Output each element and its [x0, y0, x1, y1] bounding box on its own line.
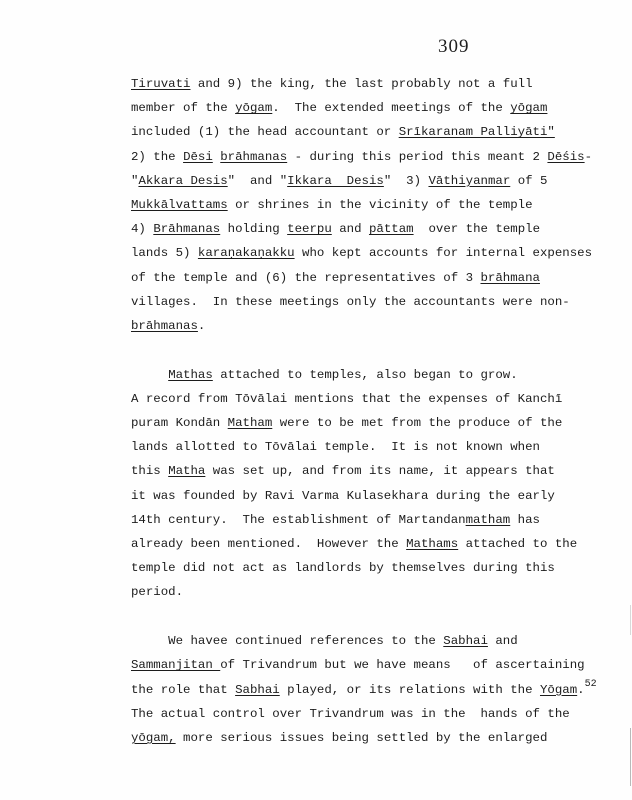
underlined-term: Sammanjitan: [131, 658, 220, 672]
underlined-term: teerpu: [287, 222, 332, 236]
text-run: this: [131, 464, 168, 478]
underlined-term: Vāthiyanmar: [428, 174, 510, 188]
text-run: lands allotted to Tōvālai temple. It is …: [131, 440, 540, 454]
text-run: 2) the: [131, 150, 183, 164]
underlined-term: Sabhai: [235, 683, 280, 697]
page-number: 309: [438, 36, 470, 58]
text-line: the role that Sabhai played, or its rela…: [131, 678, 626, 702]
text-line: this Matha was set up, and from its name…: [131, 459, 626, 483]
text-run: [131, 368, 168, 382]
document-page: 309 Tiruvati and 9) the king, the last p…: [0, 0, 632, 800]
body-text: Tiruvati and 9) the king, the last proba…: [131, 72, 626, 750]
text-run: were to be met from the produce of the: [272, 416, 562, 430]
underlined-term: Dēśis: [547, 150, 584, 164]
text-line: 14th century. The establishment of Marta…: [131, 508, 626, 532]
text-run: and 9) the king, the last probably not a…: [191, 77, 533, 91]
text-run: 4): [131, 222, 153, 236]
text-run: . The extended meetings of the: [272, 101, 510, 115]
text-run: We havee continued references to the: [131, 634, 443, 648]
text-line: yōgam, more serious issues being settled…: [131, 726, 626, 750]
text-run: villages. In these meetings only the acc…: [131, 295, 570, 309]
text-run: member of the: [131, 101, 235, 115]
scan-edge-mark: [630, 728, 631, 786]
underlined-term: brāhmana: [480, 271, 540, 285]
underlined-term: Dēsi: [183, 150, 213, 164]
text-run: .: [198, 319, 205, 333]
text-line: it was founded by Ravi Varma Kulasekhara…: [131, 484, 626, 508]
text-line: Tiruvati and 9) the king, the last proba…: [131, 72, 626, 96]
underlined-term: Sabhai: [443, 634, 488, 648]
paragraph: Tiruvati and 9) the king, the last proba…: [131, 72, 626, 338]
underlined-term: Matha: [168, 464, 205, 478]
underlined-term: brāhmanas: [220, 150, 287, 164]
underlined-term: yōgam: [235, 101, 272, 115]
text-line: "Akkara Desis" and "Ikkara Desis" 3) Vāt…: [131, 169, 626, 193]
text-run: temple did not act as landlords by thems…: [131, 561, 555, 575]
text-line: 2) the Dēsi brāhmanas - during this peri…: [131, 145, 626, 169]
paragraph: We havee continued references to the Sab…: [131, 629, 626, 750]
underlined-term: brāhmanas: [131, 319, 198, 333]
underlined-term: Srīkaranam Palliyāti": [399, 125, 555, 139]
text-run: lands 5): [131, 246, 198, 260]
paragraph-gap: [131, 338, 626, 363]
text-run: " and ": [228, 174, 288, 188]
text-run: played, or its relations with the: [280, 683, 540, 697]
underlined-term: Mathams: [406, 537, 458, 551]
text-run: period.: [131, 585, 183, 599]
text-run: or shrines in the vicinity of the temple: [228, 198, 533, 212]
text-run: it was founded by Ravi Varma Kulasekhara…: [131, 489, 555, 503]
text-run: 14th century. The establishment of Marta…: [131, 513, 466, 527]
paragraph-gap: [131, 605, 626, 630]
text-run: holding: [220, 222, 287, 236]
underlined-term: Ikkara Desis: [287, 174, 384, 188]
underlined-term: karaṇakaṇakku: [198, 246, 295, 260]
text-run: A record from Tōvālai mentions that the …: [131, 392, 562, 406]
text-run: - during this period this meant 2: [287, 150, 547, 164]
underlined-term: Brāhmanas: [153, 222, 220, 236]
text-line: The actual control over Trivandrum was i…: [131, 702, 626, 726]
text-line: puram Kondān Matham were to be met from …: [131, 411, 626, 435]
text-run: of 5: [510, 174, 547, 188]
text-line: included (1) the head accountant or Srīk…: [131, 120, 626, 144]
text-run: attached to the: [458, 537, 577, 551]
text-run: who kept accounts for internal expenses: [295, 246, 592, 260]
underlined-term: matham: [466, 513, 511, 527]
scan-edge-mark: [630, 605, 631, 635]
underlined-term: Matham: [228, 416, 273, 430]
text-run: of Trivandrum but we have means of ascer…: [220, 658, 584, 672]
footnote-ref: 52: [585, 679, 597, 690]
text-line: villages. In these meetings only the acc…: [131, 290, 626, 314]
text-line: We havee continued references to the Sab…: [131, 629, 626, 653]
text-run: over the temple: [414, 222, 540, 236]
text-line: lands 5) karaṇakaṇakku who kept accounts…: [131, 241, 626, 265]
underlined-term: yōgam: [510, 101, 547, 115]
text-run: .: [577, 683, 584, 697]
underlined-term: pāttam: [369, 222, 414, 236]
text-run: and: [332, 222, 369, 236]
text-run: " 3): [384, 174, 429, 188]
text-line: Sammanjitan of Trivandrum but we have me…: [131, 653, 626, 677]
text-line: member of the yōgam. The extended meetin…: [131, 96, 626, 120]
text-line: temple did not act as landlords by thems…: [131, 556, 626, 580]
text-run: the role that: [131, 683, 235, 697]
text-run: The actual control over Trivandrum was i…: [131, 707, 570, 721]
text-line: of the temple and (6) the representative…: [131, 266, 626, 290]
underlined-term: Mathas: [168, 368, 213, 382]
text-run: was set up, and from its name, it appear…: [205, 464, 554, 478]
paragraph: Mathas attached to temples, also began t…: [131, 363, 626, 605]
text-run: attached to temples, also began to grow.: [213, 368, 518, 382]
underlined-term: yōgam,: [131, 731, 176, 745]
text-run: already been mentioned. However the: [131, 537, 406, 551]
text-run: has: [510, 513, 540, 527]
underlined-term: Akkara Desis: [138, 174, 227, 188]
text-line: Mukkālvattams or shrines in the vicinity…: [131, 193, 626, 217]
text-line: already been mentioned. However the Math…: [131, 532, 626, 556]
text-line: lands allotted to Tōvālai temple. It is …: [131, 435, 626, 459]
underlined-term: Mukkālvattams: [131, 198, 228, 212]
text-line: A record from Tōvālai mentions that the …: [131, 387, 626, 411]
text-line: period.: [131, 580, 626, 604]
text-run: more serious issues being settled by the…: [176, 731, 548, 745]
text-line: 4) Brāhmanas holding teerpu and pāttam o…: [131, 217, 626, 241]
underlined-term: Tiruvati: [131, 77, 191, 91]
text-run: included (1) the head accountant or: [131, 125, 399, 139]
text-line: Mathas attached to temples, also began t…: [131, 363, 626, 387]
text-run: puram Kondān: [131, 416, 228, 430]
text-run: and: [488, 634, 518, 648]
text-run: -: [585, 150, 592, 164]
text-line: brāhmanas.: [131, 314, 626, 338]
underlined-term: Yōgam: [540, 683, 577, 697]
text-run: of the temple and (6) the representative…: [131, 271, 480, 285]
